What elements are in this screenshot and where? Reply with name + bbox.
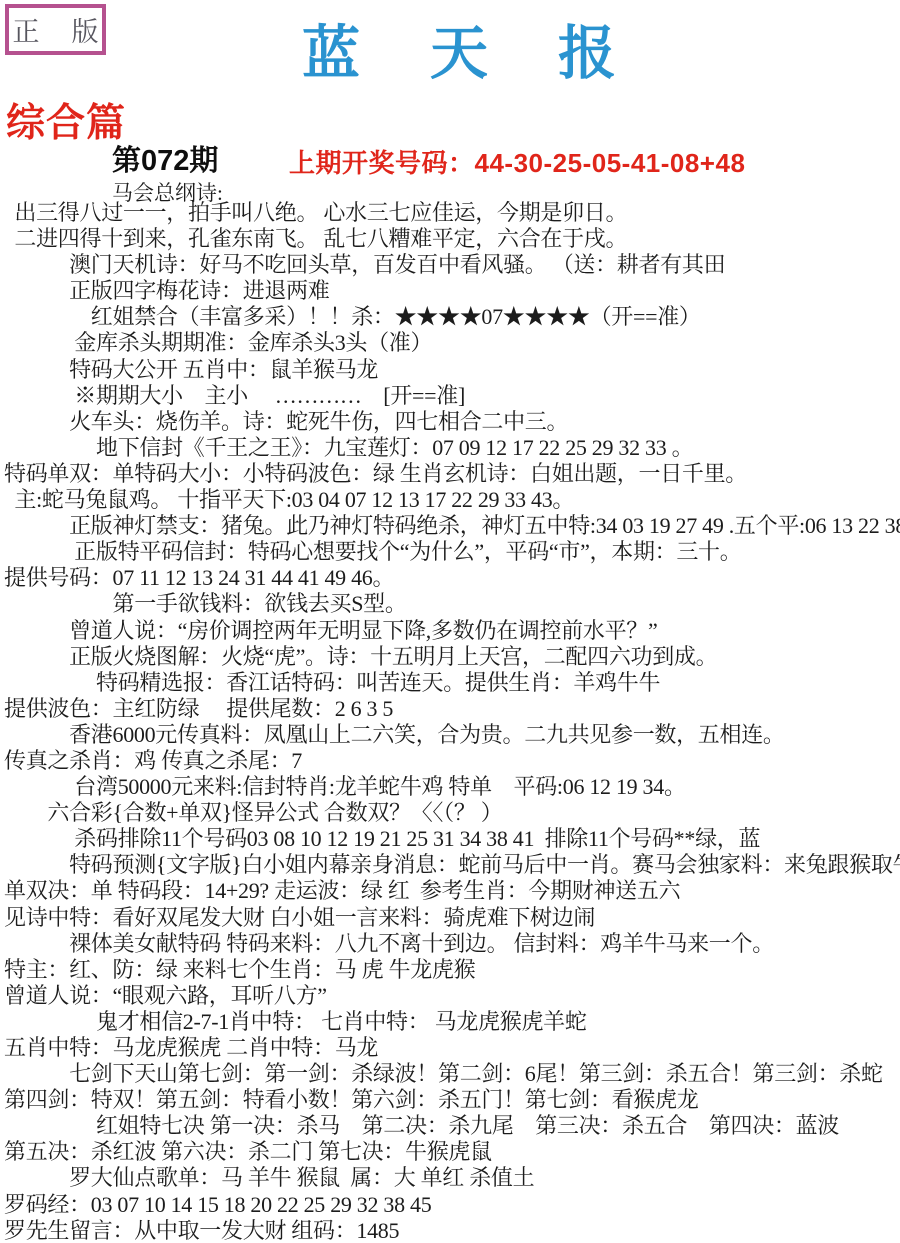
- text-line: 五肖中特：马龙虎猴虎 二肖中特：马龙: [4, 1035, 900, 1061]
- text-line: 红姐特七决 第一决：杀马 第二决：杀九尾 第三决：杀五合 第四决：蓝波: [4, 1113, 900, 1139]
- text-line: 火车头：烧伤羊。诗：蛇死牛伤，四七相合二中三。: [4, 409, 900, 435]
- newspaper-title: 蓝天报: [302, 6, 686, 90]
- text-line: 提供波色：主红防绿 提供尾数：2 6 3 5: [4, 696, 900, 722]
- text-line: 第五决：杀红波 第六决：杀二门 第七决：牛猴虎鼠: [4, 1139, 900, 1165]
- text-line: 杀码排除11个号码03 08 10 12 19 21 25 31 34 38 4…: [4, 826, 900, 852]
- text-line: 正版四字梅花诗：进退两难: [4, 278, 900, 304]
- authenticity-badge: 正版: [5, 4, 106, 55]
- text-line: 香港6000元传真料：凤凰山上二六笑，合为贵。二九共见参一数，五相连。: [4, 722, 900, 748]
- text-line: 单双决：单 特码段：14+29? 走运波：绿 红 参考生肖：今期财神送五六: [4, 878, 900, 904]
- text-line: 第一手欲钱料：欲钱去买S型。: [4, 591, 900, 617]
- text-line: 罗先生留言：从中取一发大财 组码：1485: [4, 1218, 900, 1243]
- text-line: 七剑下天山第七剑：第一剑：杀绿波！第二剑：6尾！第三剑：杀五合！第三剑：杀蛇: [4, 1061, 900, 1087]
- text-line: 正版火烧图解：火烧“虎”。诗：十五明月上天宫，二配四六功到成。: [4, 644, 900, 670]
- text-line: 罗码经：03 07 10 14 15 18 20 22 25 29 32 38 …: [4, 1192, 900, 1218]
- text-line: 正版特平码信封：特码心想要找个“为什么”，平码“市”，本期：三十。: [4, 539, 900, 565]
- issue-number: 第072期: [112, 138, 218, 179]
- text-line: 澳门天机诗：好马不吃回头草，百发百中看风骚。 （送：耕者有其田: [4, 252, 900, 278]
- text-line: 台湾50000元来料:信封特肖:龙羊蛇牛鸡 特单 平码:06 12 19 34。: [4, 774, 900, 800]
- text-line: 传真之杀肖：鸡 传真之杀尾：7: [4, 748, 900, 774]
- text-line: 二进四得十到来，孔雀东南飞。 乱七八糟难平定，六合在于戌。: [4, 226, 900, 252]
- text-line: 特码精选报：香江话特码：叫苦连天。提供生肖：羊鸡牛牛: [4, 670, 900, 696]
- text-line: 曾道人说：“房价调控两年无明显下降,多数仍在调控前水平？”: [4, 618, 900, 644]
- newspaper-page: 正版 蓝天报 综合篇 第072期 上期开奖号码：44-30-25-05-41-0…: [0, 0, 900, 1243]
- text-line: 鬼才相信2-7-1肖中特： 七肖中特： 马龙虎猴虎羊蛇: [4, 1009, 900, 1035]
- text-line: 主:蛇马兔鼠鸡。 十指平天下:03 04 07 12 13 17 22 29 3…: [4, 487, 900, 513]
- text-line: ※期期大小 主小 ………… [开==准]: [4, 383, 900, 409]
- text-line: 罗大仙点歌单：马 羊牛 猴鼠 属：大 单红 杀值土: [4, 1165, 900, 1191]
- text-line: 提供号码：07 11 12 13 24 31 44 41 49 46。: [4, 565, 900, 591]
- text-line: 金库杀头期期准：金库杀头3头（准）: [4, 330, 900, 356]
- text-line: 裸体美女献特码 特码来料：八九不离十到边。 信封料：鸡羊牛马来一个。: [4, 931, 900, 957]
- text-line: 特码大公开 五肖中：鼠羊猴马龙: [4, 357, 900, 383]
- text-line: 六合彩{合数+单双}怪异公式 合数双？〈〈（？ ）: [4, 800, 900, 826]
- text-line: 特码单双：单特码大小：小特码波色：绿 生肖玄机诗：白姐出题，一日千里。: [4, 461, 900, 487]
- body-lines: 出三得八过一一，拍手叫八绝。 心水三七应佳运，今期是卯日。 二进四得十到来，孔雀…: [4, 200, 900, 1243]
- text-line: 出三得八过一一，拍手叫八绝。 心水三七应佳运，今期是卯日。: [4, 200, 900, 226]
- text-line: 地下信封《千王之王》：九宝莲灯：07 09 12 17 22 25 29 32 …: [4, 435, 900, 461]
- text-line: 见诗中特：看好双尾发大财 白小姐一言来料：骑虎难下树边闹: [4, 905, 900, 931]
- text-line: 正版神灯禁支：猪兔。此乃神灯特码绝杀，神灯五中特:34 03 19 27 49 …: [4, 513, 900, 539]
- section-title: 综合篇: [6, 92, 126, 148]
- text-line: 第四剑：特双！第五剑：特看小数！第六剑：杀五门！第七剑：看猴虎龙: [4, 1087, 900, 1113]
- text-line: 曾道人说：“眼观六路，耳听八方”: [4, 983, 900, 1009]
- text-line: 特主：红、防：绿 来料七个生肖：马 虎 牛龙虎猴: [4, 957, 900, 983]
- text-line: 红姐禁合（丰富多采）！！杀：★★★★07★★★★（开==准）: [4, 304, 900, 330]
- authenticity-badge-label: 正版: [0, 10, 131, 49]
- text-line: 特码预测{文字版}白小姐内幕亲身消息：蛇前马后中一肖。赛马会独家料：来兔跟猴取牛…: [4, 852, 900, 878]
- previous-draw-numbers: 上期开奖号码：44-30-25-05-41-08+48: [289, 143, 745, 180]
